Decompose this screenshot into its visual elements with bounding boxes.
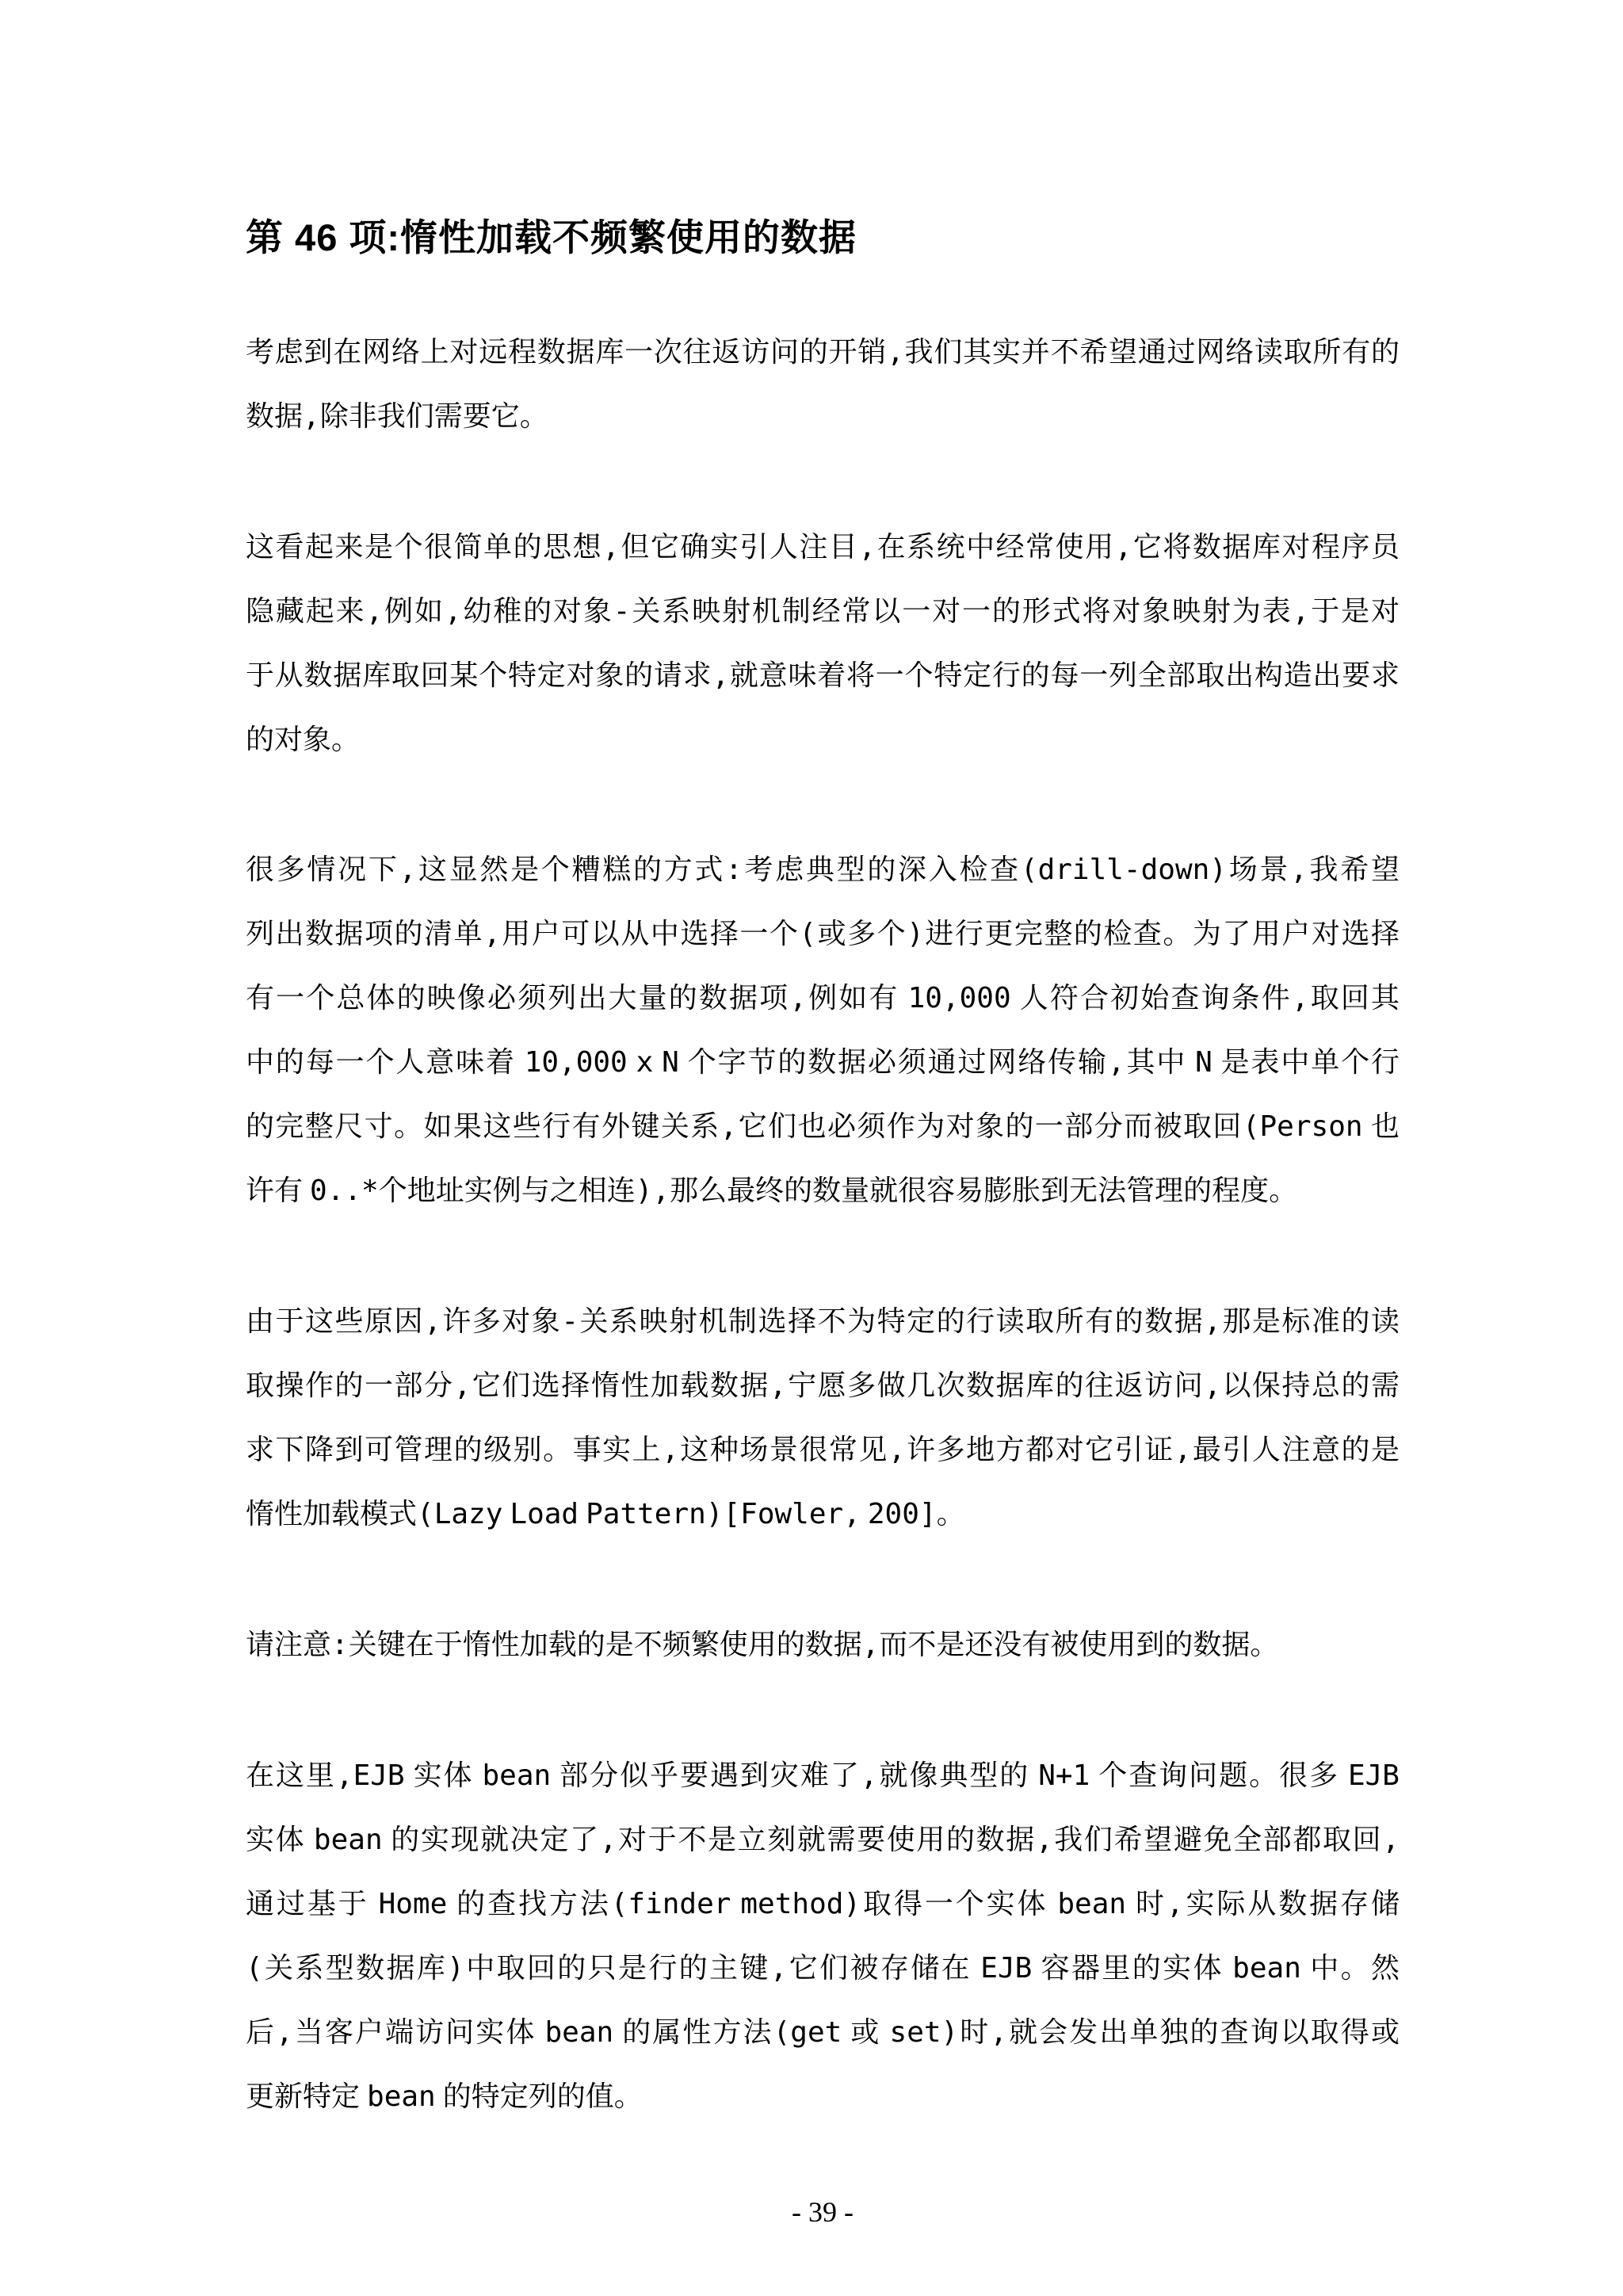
latin-run: (finder: [611, 1888, 731, 1920]
latin-run: N: [662, 1046, 679, 1079]
text-line: 的对象。: [246, 708, 1400, 771]
latin-run: (: [246, 1952, 263, 1985]
latin-run: ,: [789, 982, 807, 1014]
latin-run: ,: [1036, 1824, 1053, 1856]
latin-run: -: [613, 595, 631, 628]
paragraph: 这看起来是个很简单的思想,但它确实引人注目,在系统中经常使用,它将数据库对程序员…: [246, 515, 1400, 771]
latin-run: ,: [366, 595, 384, 628]
latin-run: ,: [1174, 1434, 1192, 1466]
latin-run: Load: [510, 1498, 579, 1530]
latin-run: Home: [379, 1888, 448, 1920]
latin-run: ,: [862, 1629, 880, 1661]
latin-run: ,: [1293, 595, 1310, 628]
text-line: 这看起来是个很简单的思想,但它确实引人注目,在系统中经常使用,它将数据库对程序员: [246, 515, 1400, 579]
latin-run: ,: [1204, 1305, 1221, 1338]
latin-run: ,: [424, 1305, 441, 1338]
page-number: - 39 -: [246, 2195, 1400, 2229]
paragraph: 在这里,EJB 实体 bean 部分似乎要遇到灾难了,就像典型的 N+1 个查询…: [246, 1744, 1400, 2129]
latin-run: ,: [861, 1759, 878, 1792]
latin-run: bean: [482, 1759, 551, 1792]
latin-run: ): [907, 918, 924, 950]
latin-run: ),: [636, 1175, 670, 1207]
latin-run: bean: [1057, 1888, 1126, 1920]
latin-run: N: [1195, 1046, 1212, 1079]
latin-run: -: [561, 1305, 579, 1338]
text-line: 列出数据项的清单,用户可以从中选择一个(或多个)进行更完整的检查。为了用户对选择: [246, 902, 1400, 966]
latin-run: :: [725, 854, 743, 886]
latin-run: ,: [712, 659, 729, 692]
latin-run: ,: [888, 1434, 906, 1466]
page-content: 第 46 项:惰性加载不频繁使用的数据 考虑到在网络上对远程数据库一次往返访问的…: [246, 0, 1400, 2229]
latin-run: bean: [314, 1824, 383, 1856]
latin-run: ,: [483, 918, 501, 950]
latin-run: :: [331, 1629, 349, 1661]
latin-run: bean: [367, 2080, 436, 2113]
text-line: 请注意:关键在于惰性加载的是不频繁使用的数据,而不是还没有被使用到的数据。: [246, 1613, 1400, 1677]
latin-run: ,: [1108, 1046, 1125, 1079]
latin-run: Pattern)[Fowler,: [586, 1498, 861, 1530]
latin-run: ,: [445, 595, 462, 628]
latin-run: (drill-down): [1021, 854, 1227, 886]
latin-run: 10,000: [525, 1046, 628, 1079]
text-line: 数据,除非我们需要它。: [246, 384, 1400, 449]
latin-run: ,: [399, 854, 417, 886]
text-line: 通过基于 Home 的查找方法(finder method)取得一个实体 bea…: [246, 1872, 1400, 1936]
paragraph: 很多情况下,这显然是个糟糕的方式:考虑典型的深入检查(drill-down)场景…: [246, 838, 1400, 1223]
section-heading: 第 46 项:惰性加载不频繁使用的数据: [246, 216, 1400, 260]
latin-run: ,: [1167, 1888, 1184, 1920]
paragraph: 请注意:关键在于惰性加载的是不频繁使用的数据,而不是还没有被使用到的数据。: [246, 1613, 1400, 1677]
text-line: 由于这些原因,许多对象-关系映射机制选择不为特定的行读取所有的数据,那是标准的读: [246, 1289, 1400, 1354]
latin-run: 0..*: [310, 1175, 379, 1207]
latin-run: ,: [303, 400, 320, 433]
latin-run: N+1: [1038, 1759, 1090, 1792]
latin-run: ): [447, 1952, 464, 1985]
latin-run: (: [799, 918, 816, 950]
latin-run: x: [636, 1046, 654, 1079]
latin-run: ,: [887, 336, 904, 369]
latin-run: ,: [1204, 1370, 1221, 1402]
latin-run: ,: [600, 1824, 617, 1856]
latin-run: (get: [773, 2016, 842, 2049]
latin-run: ,: [276, 2016, 293, 2049]
latin-run: bean: [1232, 1952, 1301, 1985]
latin-run: (Lazy: [417, 1498, 502, 1530]
latin-run: ,: [769, 1370, 787, 1402]
text-line: (关系型数据库)中取回的只是行的主键,它们被存储在 EJB 容器里的实体 bea…: [246, 1936, 1400, 2000]
latin-run: (Person: [1243, 1110, 1363, 1143]
latin-run: ,: [1382, 1824, 1400, 1856]
latin-run: EJB: [980, 1952, 1032, 1985]
text-line: 很多情况下,这显然是个糟糕的方式:考虑典型的深入检查(drill-down)场景…: [246, 838, 1400, 902]
text-line: 许有 0..*个地址实例与之相连),那么最终的数量就很容易膨胀到无法管理的程度。: [246, 1159, 1400, 1223]
text-line: 的完整尺寸。如果这些行有外键关系,它们也必须作为对象的一部分而被取回(Perso…: [246, 1095, 1400, 1159]
text-line: 有一个总体的映像必须列出大量的数据项,例如有 10,000 人符合初始查询条件,…: [246, 966, 1400, 1030]
latin-run: ,: [770, 1952, 788, 1985]
latin-run: ,EJB: [336, 1759, 405, 1792]
latin-run: ,: [720, 1110, 738, 1143]
text-line: 在这里,EJB 实体 bean 部分似乎要遇到灾难了,就像典型的 N+1 个查询…: [246, 1744, 1400, 1808]
latin-run: ,: [1292, 982, 1309, 1014]
text-line: 中的每一个人意味着 10,000 x N 个字节的数据必须通过网络传输,其中 N…: [246, 1030, 1400, 1095]
latin-run: bean: [544, 2016, 613, 2049]
text-line: 于从数据库取回某个特定对象的请求,就意味着将一个特定行的每一列全部取出构造出要求: [246, 644, 1400, 708]
text-line: 隐藏起来,例如,幼稚的对象-关系映射机制经常以一对一的形式将对象映射为表,于是对: [246, 579, 1400, 644]
latin-run: EJB: [1348, 1759, 1400, 1792]
text-line: 更新特定 bean 的特定列的值。: [246, 2065, 1400, 2129]
paragraph: 考虑到在网络上对远程数据库一次往返访问的开销,我们其实并不希望通过网络读取所有的…: [246, 320, 1400, 449]
text-line: 考虑到在网络上对远程数据库一次往返访问的开销,我们其实并不希望通过网络读取所有的: [246, 320, 1400, 384]
text-line: 实体 bean 的实现就决定了,对于不是立刻就需要使用的数据,我们希望避免全部都…: [246, 1808, 1400, 1872]
text-line: 求下降到可管理的级别。事实上,这种场景很常见,许多地方都对它引证,最引人注意的是: [246, 1418, 1400, 1482]
latin-run: 10,000: [908, 982, 1011, 1014]
text-line: 惰性加载模式(Lazy Load Pattern)[Fowler, 200]。: [246, 1482, 1400, 1546]
paragraph: 由于这些原因,许多对象-关系映射机制选择不为特定的行读取所有的数据,那是标准的读…: [246, 1289, 1400, 1546]
document-page: 第 46 项:惰性加载不频繁使用的数据 考虑到在网络上对远程数据库一次往返访问的…: [0, 0, 1623, 2296]
text-line: 取操作的一部分,它们选择惰性加载数据,宁愿多做几次数据库的往返访问,以保持总的需: [246, 1354, 1400, 1418]
latin-run: ,: [602, 531, 620, 563]
latin-run: ,: [858, 531, 876, 563]
latin-run: ,: [1115, 531, 1132, 563]
latin-run: 200]: [868, 1498, 937, 1530]
latin-run: ,: [1290, 854, 1308, 886]
latin-run: method): [740, 1888, 861, 1920]
latin-run: ,: [454, 1370, 472, 1402]
latin-run: ,: [662, 1434, 679, 1466]
latin-run: ,: [990, 2016, 1007, 2049]
text-line: 后,当客户端访问实体 bean 的属性方法(get 或 set)时,就会发出单独…: [246, 2000, 1400, 2065]
latin-run: set): [890, 2016, 959, 2049]
